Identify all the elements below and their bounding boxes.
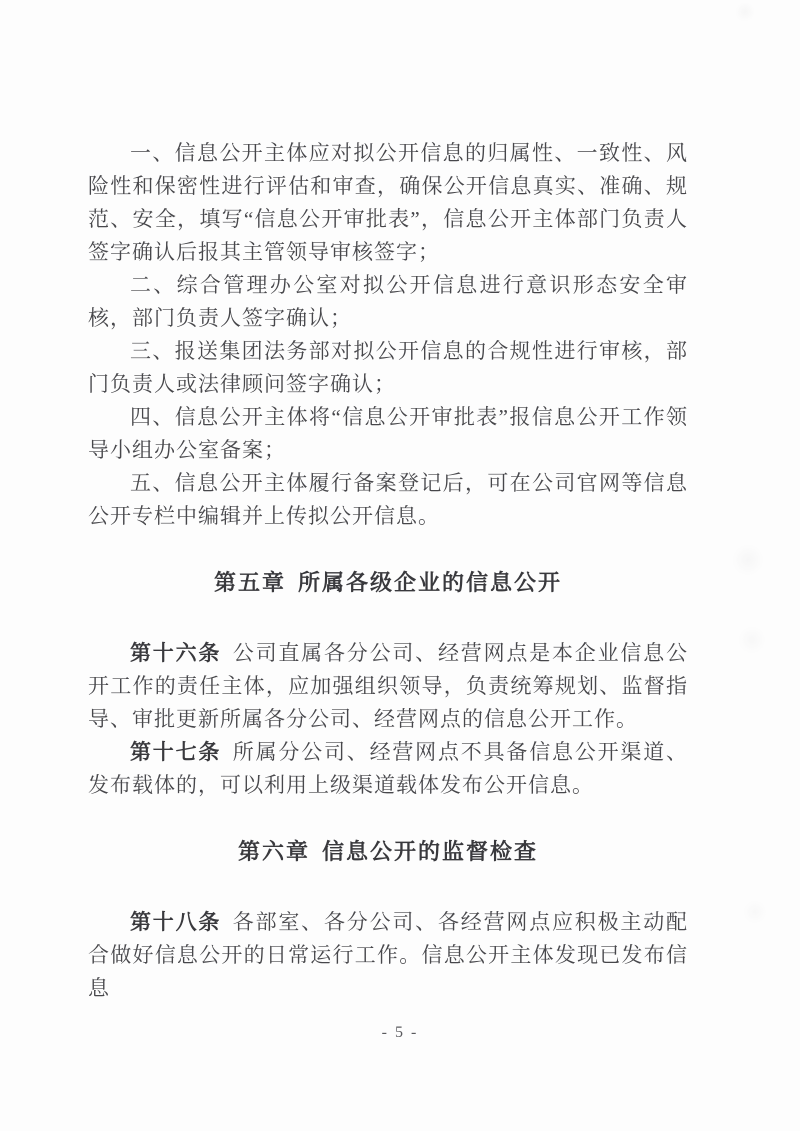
chapter-5-label: 第五章 bbox=[214, 570, 286, 595]
intro-item-3: 三、报送集团法务部对拟公开信息的合规性进行审核，部门负责人或法律顾问签字确认； bbox=[88, 335, 688, 401]
chapter-5-heading: 第五章所属各级企业的信息公开 bbox=[88, 565, 688, 601]
intro-item-1: 一、信息公开主体应对拟公开信息的归属性、一致性、风险性和保密性进行评估和审查，确… bbox=[88, 137, 688, 269]
chapter-6-heading: 第六章信息公开的监督检查 bbox=[88, 834, 688, 870]
document-body: 一、信息公开主体应对拟公开信息的归属性、一致性、风险性和保密性进行评估和审查，确… bbox=[88, 137, 688, 1005]
intro-item-5: 五、信息公开主体履行备案登记后，可在公司官网等信息公开专栏中编辑并上传拟公开信息… bbox=[88, 467, 688, 533]
document-page: 一、信息公开主体应对拟公开信息的归属性、一致性、风险性和保密性进行评估和审查，确… bbox=[0, 0, 800, 1131]
chapter-6-title: 信息公开的监督检查 bbox=[322, 839, 538, 864]
article-16: 第十六条公司直属各分公司、经营网点是本企业信息公开工作的责任主体，应加强组织领导… bbox=[88, 637, 688, 736]
article-17-label: 第十七条 bbox=[130, 741, 221, 764]
article-16-label: 第十六条 bbox=[130, 642, 221, 665]
page-footer: - 5 - bbox=[0, 1024, 800, 1042]
intro-item-4: 四、信息公开主体将“信息公开审批表”报信息公开工作领导小组办公室备案； bbox=[88, 401, 688, 467]
article-18: 第十八条各部室、各分公司、各经营网点应积极主动配合做好信息公开的日常运行工作。信… bbox=[88, 906, 688, 1005]
page-number: - 5 - bbox=[382, 1024, 419, 1041]
article-18-label: 第十八条 bbox=[130, 911, 221, 934]
chapter-6-label: 第六章 bbox=[238, 839, 310, 864]
intro-item-2: 二、综合管理办公室对拟公开信息进行意识形态安全审核，部门负责人签字确认； bbox=[88, 269, 688, 335]
article-17: 第十七条所属分公司、经营网点不具备信息公开渠道、发布载体的，可以利用上级渠道载体… bbox=[88, 736, 688, 802]
chapter-5-title: 所属各级企业的信息公开 bbox=[298, 570, 562, 595]
